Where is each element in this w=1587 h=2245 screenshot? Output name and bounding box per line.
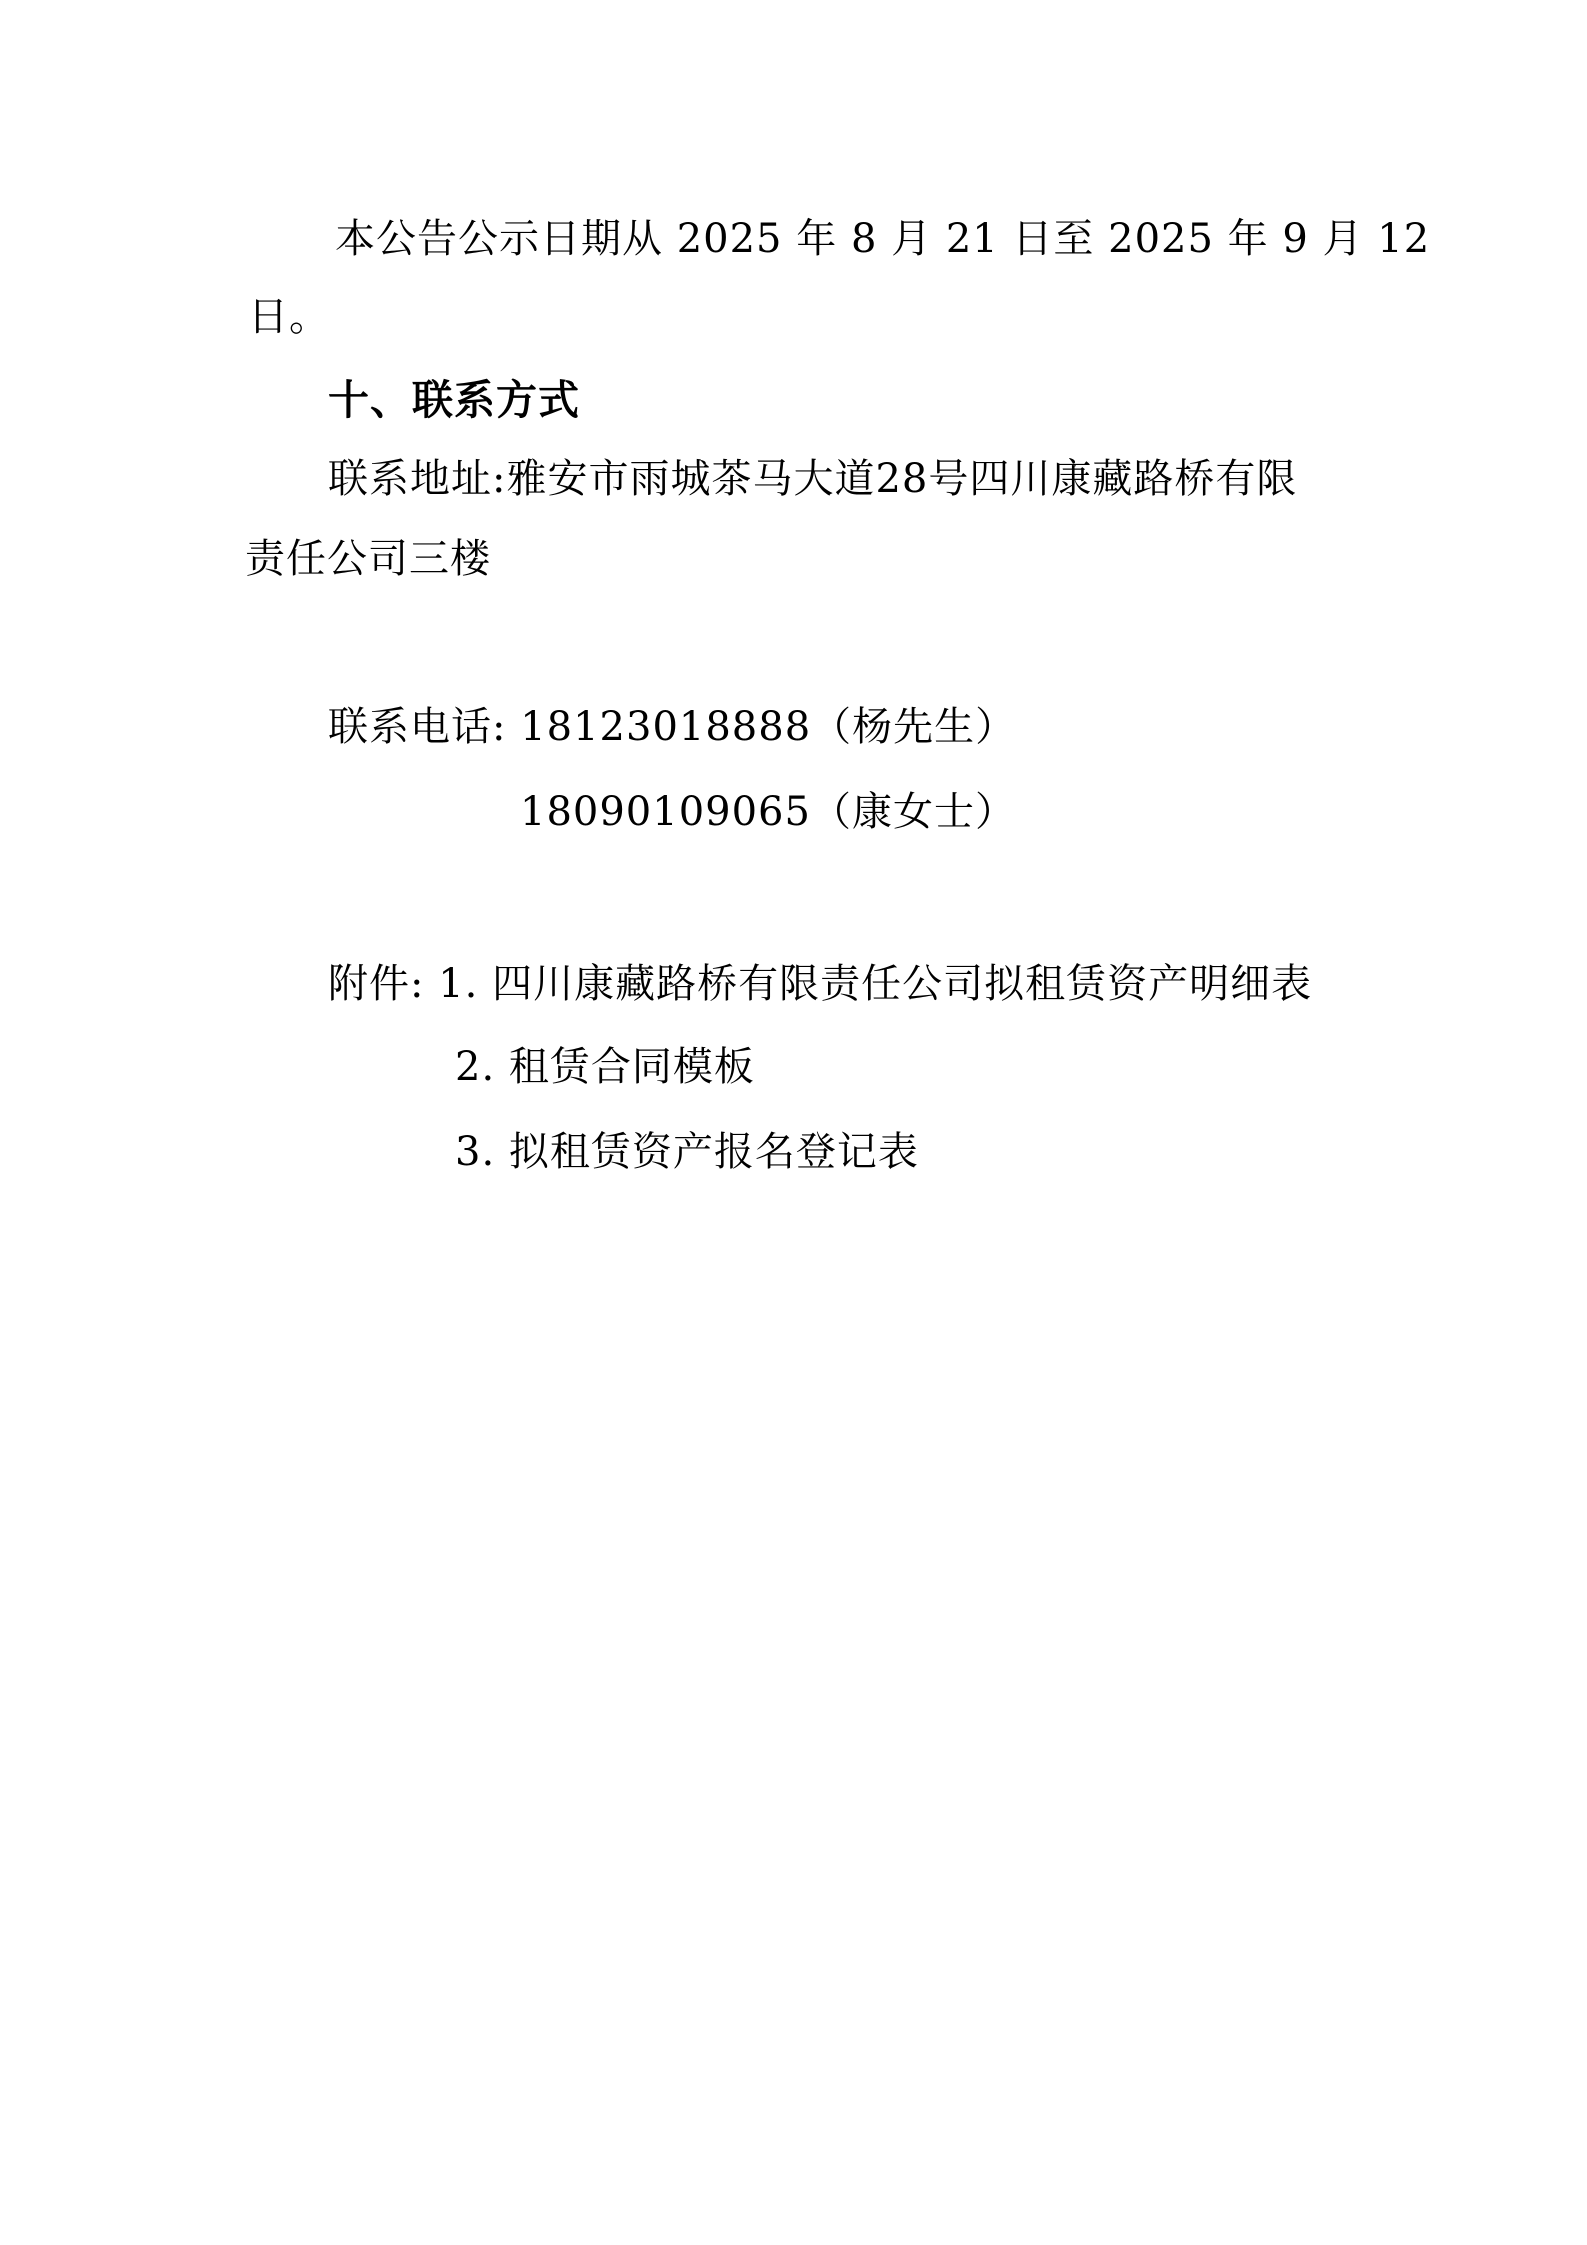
attachment-line-3: 3. 拟租赁资产报名登记表 (455, 1128, 919, 1176)
notice-period-line-1: 本公告公示日期从 2025 年 8 月 21 日至 2025 年 9 月 12 (335, 215, 1430, 263)
address-line-1: 联系地址:雅安市雨城茶马大道28号四川康藏路桥有限 (328, 455, 1297, 503)
address-label: 联系地址: (328, 456, 506, 502)
contact-name: （杨先生） (811, 704, 1016, 750)
address-line-2: 责任公司三楼 (245, 535, 491, 583)
attachment-item: 3. 拟租赁资产报名登记表 (455, 1129, 919, 1175)
attachments-label: 附件: (328, 961, 424, 1007)
phone-line-2: 18090109065（康女士） (520, 788, 1016, 836)
contact-name: （康女士） (811, 789, 1016, 835)
address-value: 雅安市雨城茶马大道28号四川康藏路桥有限 (506, 456, 1297, 502)
address-value-cont: 责任公司三楼 (245, 536, 491, 582)
document-page: 本公告公示日期从 2025 年 8 月 21 日至 2025 年 9 月 12 … (0, 0, 1587, 2245)
phone-number: 18090109065 (520, 789, 811, 835)
attachment-item: 1. 四川康藏路桥有限责任公司拟租赁资产明细表 (438, 961, 1312, 1007)
notice-period-line-2: 日。 (248, 293, 330, 341)
section-heading-contact: 十、联系方式 (328, 376, 580, 424)
phone-line-1: 联系电话: 18123018888（杨先生） (328, 703, 1016, 751)
phone-number: 18123018888 (520, 704, 811, 750)
section-heading-text: 十、联系方式 (328, 376, 580, 424)
attachment-line-2: 2. 租赁合同模板 (455, 1043, 755, 1091)
attachment-item: 2. 租赁合同模板 (455, 1044, 755, 1090)
phone-label: 联系电话: (328, 704, 506, 750)
notice-period-text: 本公告公示日期从 2025 年 8 月 21 日至 2025 年 9 月 12 (335, 216, 1430, 262)
notice-period-text-end: 日。 (248, 294, 330, 340)
attachment-line-1: 附件: 1. 四川康藏路桥有限责任公司拟租赁资产明细表 (328, 960, 1312, 1008)
